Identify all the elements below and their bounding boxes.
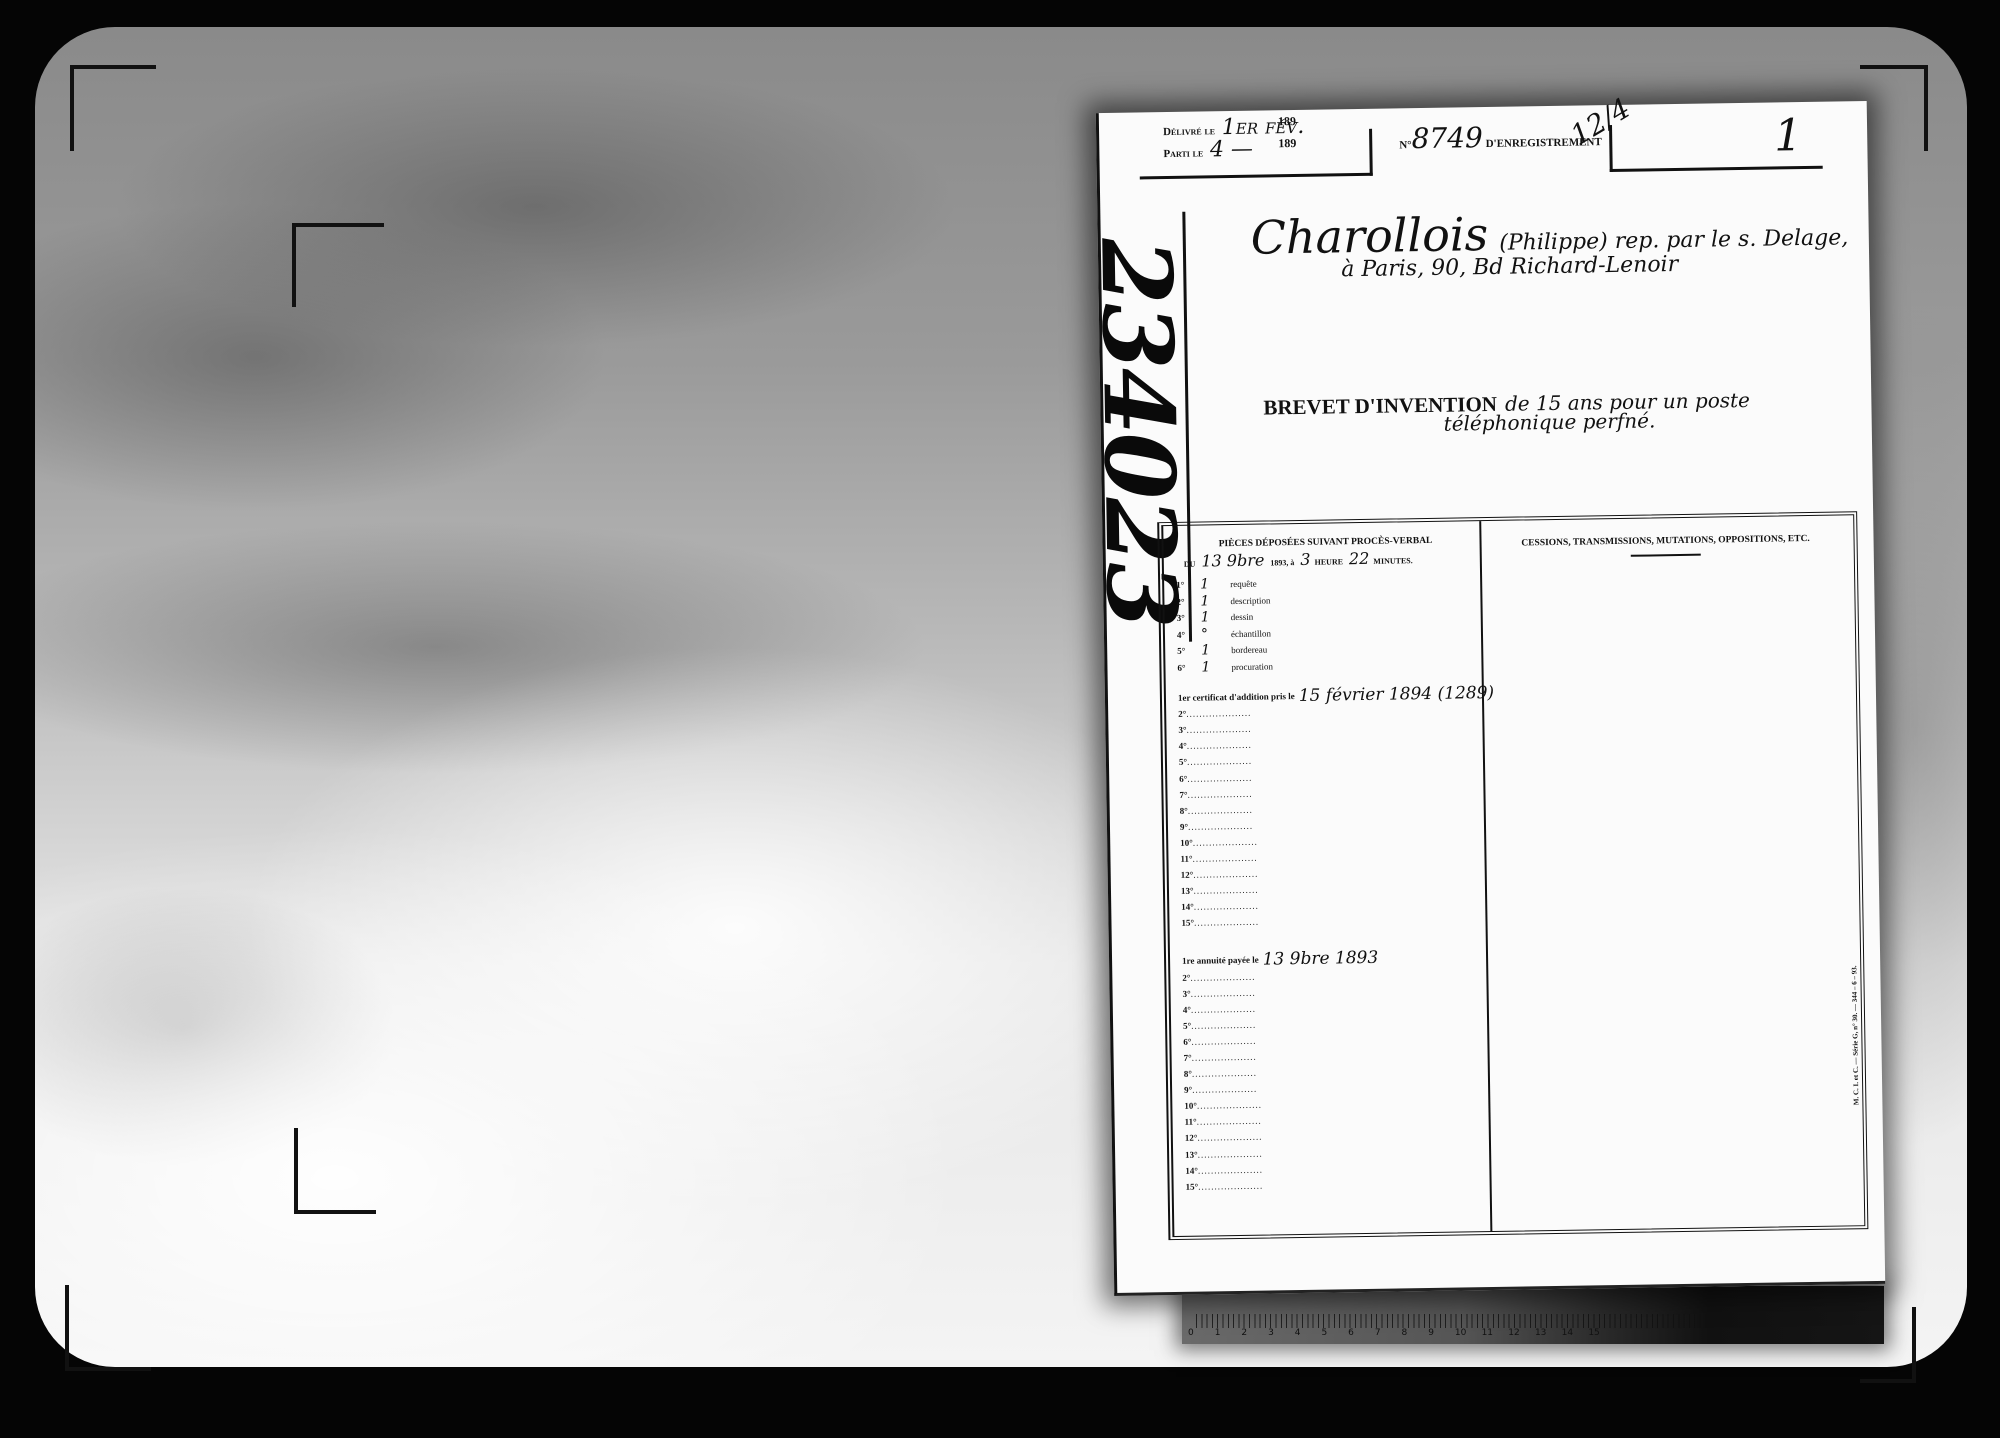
piece-label: procuration [1231, 661, 1273, 672]
annuity-rows: 2°....................3°................… [1182, 965, 1486, 1195]
certificate-row-number: 13° [1181, 886, 1194, 896]
cessions-column: CESSIONS, TRANSMISSIONS, MUTATIONS, OPPO… [1485, 533, 1845, 559]
certificate-row-number: 5° [1179, 757, 1187, 767]
annuity-row-number: 7° [1184, 1053, 1192, 1063]
ruler-ticks [1196, 1314, 1716, 1328]
piece-count: 1 [1201, 659, 1231, 675]
certificate-rows: 2°....................3°................… [1178, 701, 1482, 931]
certificates-section: 1er certificat d'addition pris le 15 fév… [1178, 685, 1482, 931]
corner-bracket-bottom-left [65, 1285, 151, 1371]
minutes-label: MINUTES. [1373, 556, 1412, 566]
ruler-label: 1 [1215, 1328, 1242, 1342]
patent-record-sheet: Délivré le 1er fév. 189 Parti le 4 — 189… [1096, 101, 1885, 1296]
patent-title: BREVET D'INVENTION de 15 ans pour un pos… [1263, 388, 1750, 439]
annuity-row-leader: .................... [1197, 1116, 1262, 1127]
annuity-row-leader: .................... [1190, 971, 1255, 982]
piece-count: ° [1201, 626, 1231, 642]
hour-label: HEURE [1315, 557, 1344, 566]
annuities-section: 1re annuité payée le 13 9bre 1893 2°....… [1182, 949, 1486, 1195]
annuity-row-number: 12° [1185, 1133, 1198, 1143]
certificate-row-leader: .................... [1187, 740, 1252, 751]
piece-label: dessin [1231, 612, 1254, 622]
owner-block: Charollois (Philippe) rep. par le s. Del… [1250, 201, 1849, 283]
annuity-row-leader: .................... [1191, 1020, 1256, 1031]
ruler-label: 2 [1241, 1328, 1268, 1342]
certificate-first-value: 15 février 1894 (1289) [1299, 683, 1495, 706]
ruler-label: 8 [1402, 1328, 1429, 1342]
deposit-column: PIÈCES DÉPOSÉES SUIVANT PROCÈS-VERBAL DU… [1175, 535, 1485, 1194]
a-label: , à [1286, 558, 1294, 567]
page-number: 1 [1774, 110, 1803, 161]
annuity-row-leader: .................... [1192, 1084, 1257, 1095]
annuity-row-number: 10° [1184, 1101, 1197, 1111]
deposit-minutes: 22 [1349, 549, 1370, 568]
certificate-row-number: 4° [1179, 741, 1187, 751]
printer-imprint: M. C. I. et C. — Série G, n° 30. — 344 –… [1846, 955, 1865, 1115]
registration-prefix: N° [1399, 139, 1412, 151]
annuity-row-number: 6° [1183, 1037, 1191, 1047]
piece-label: description [1230, 595, 1270, 606]
ruler-label: 3 [1268, 1328, 1295, 1342]
piece-label: échantillon [1231, 628, 1271, 639]
ruler-label: 4 [1295, 1328, 1322, 1342]
inner-bracket-top-left [292, 223, 384, 307]
piece-count: 1 [1200, 576, 1230, 592]
piece-number: 4° [1177, 629, 1201, 639]
certificate-row-leader: .................... [1194, 901, 1259, 912]
annuity-row-leader: .................... [1191, 1003, 1256, 1014]
inner-bracket-bottom-left [294, 1128, 376, 1214]
annuity-row-leader: .................... [1191, 987, 1256, 998]
annuity-row-number: 14° [1185, 1165, 1198, 1175]
annuity-row-number: 3° [1183, 988, 1191, 998]
corner-bracket-top-left [70, 65, 156, 151]
page-number-box: 1 [1609, 122, 1823, 172]
ruler-labels: 0123456789101112131415 [1188, 1328, 1748, 1342]
certificate-row-leader: .................... [1193, 853, 1258, 864]
piece-number: 1° [1176, 580, 1200, 590]
certificate-row-number: 9° [1180, 822, 1188, 832]
piece-count: 1 [1201, 609, 1231, 625]
pieces-list: 1°1requête2°1description3°1dessin4°°écha… [1176, 572, 1478, 676]
delivered-label: Délivré le [1163, 125, 1215, 138]
certificate-row-number: 12° [1181, 870, 1194, 880]
cessions-heading: CESSIONS, TRANSMISSIONS, MUTATIONS, OPPO… [1485, 533, 1845, 549]
certificate-first: 1er certificat d'addition pris le 15 fév… [1178, 685, 1478, 706]
annuity-row-number: 4° [1183, 1004, 1191, 1014]
ruler-label: 0 [1188, 1328, 1215, 1342]
ruler-label: 12 [1508, 1328, 1535, 1342]
du-label: DU [1184, 560, 1196, 569]
deposit-hour: 3 [1300, 550, 1310, 569]
annuity-row: 15°.................... [1186, 1174, 1486, 1195]
certificate-row-leader: .................... [1188, 821, 1253, 832]
piece-count: 1 [1200, 593, 1230, 609]
ruler-label: 13 [1535, 1328, 1562, 1342]
annuity-row-number: 9° [1184, 1085, 1192, 1095]
annuity-row-leader: .................... [1192, 1052, 1257, 1063]
certificate-row-number: 8° [1180, 805, 1188, 815]
certificate-row-number: 10° [1180, 838, 1193, 848]
annuity-row-number: 8° [1184, 1069, 1192, 1079]
ruler-label: 6 [1348, 1328, 1375, 1342]
deposit-year: 1893 [1270, 558, 1286, 567]
certificate-row-leader: .................... [1194, 885, 1259, 896]
certificate-row-leader: .................... [1193, 837, 1258, 848]
departed-label: Parti le [1163, 147, 1203, 160]
registration-number-value: 8749 [1411, 121, 1483, 155]
annuity-row-number: 11° [1185, 1117, 1197, 1127]
annuity-row-leader: .................... [1198, 1164, 1263, 1175]
piece-number: 2° [1176, 596, 1200, 606]
certificate-row-number: 14° [1181, 902, 1194, 912]
certificate-row-number: 3° [1178, 725, 1186, 735]
piece-number: 3° [1177, 613, 1201, 623]
certificate-row-leader: .................... [1187, 756, 1252, 767]
departed-line: Parti le 4 — 189 [1163, 137, 1253, 163]
ruler-label: 11 [1482, 1328, 1509, 1342]
cessions-rule [1631, 554, 1701, 557]
certificate-row-number: 15° [1181, 918, 1194, 928]
piece-count: 1 [1201, 642, 1231, 658]
certificate-row: 15°.................... [1181, 910, 1481, 931]
ruler-label: 9 [1428, 1328, 1455, 1342]
annuity-row-leader: .................... [1191, 1036, 1256, 1047]
piece-number: 6° [1177, 662, 1201, 672]
departed-year: 189 [1278, 136, 1318, 152]
deposit-date-line: DU 13 9bre 1893, à 3HEURE 22MINUTES. [1184, 547, 1476, 571]
annuity-row-leader: .................... [1198, 1180, 1263, 1191]
certificate-row-leader: .................... [1187, 788, 1252, 799]
ruler-label: 10 [1455, 1328, 1482, 1342]
scale-ruler: 0123456789101112131415 [1182, 1286, 1884, 1344]
printer-imprint-text: M. C. I. et C. — Série G, n° 30. — 344 –… [1850, 965, 1860, 1105]
certificate-row-leader: .................... [1194, 917, 1259, 928]
certificate-first-label: 1er certificat d'addition pris le [1178, 691, 1295, 703]
certificate-row-leader: .................... [1186, 708, 1251, 719]
ruler-label: 15 [1588, 1328, 1615, 1342]
record-table: PIÈCES DÉPOSÉES SUIVANT PROCÈS-VERBAL DU… [1157, 511, 1868, 1240]
certificate-row-number: 6° [1179, 773, 1187, 783]
certificate-row-number: 11° [1180, 854, 1192, 864]
annuity-first-value: 13 9bre 1893 [1263, 948, 1379, 970]
certificate-row-leader: .................... [1187, 772, 1252, 783]
annuity-row-leader: .................... [1197, 1132, 1262, 1143]
annuity-first-label: 1re annuité payée le [1182, 955, 1259, 966]
ruler-label: 7 [1375, 1328, 1402, 1342]
annuity-row-leader: .................... [1192, 1068, 1257, 1079]
annuity-row-number: 5° [1183, 1021, 1191, 1031]
deposit-date: 13 9bre [1201, 551, 1264, 571]
piece-number: 5° [1177, 646, 1201, 656]
piece-label: bordereau [1231, 645, 1267, 656]
certificate-row-leader: .................... [1186, 724, 1251, 735]
annuity-row-number: 13° [1185, 1149, 1198, 1159]
certificate-row-leader: .................... [1188, 804, 1253, 815]
certificate-row-leader: .................... [1193, 869, 1258, 880]
ruler-label: 14 [1562, 1328, 1589, 1342]
certificate-row-number: 2° [1178, 709, 1186, 719]
departed-value: 4 — [1210, 137, 1253, 163]
certificate-row-number: 7° [1179, 789, 1187, 799]
ruler-label: 5 [1321, 1328, 1348, 1342]
annuity-row-leader: .................... [1198, 1148, 1263, 1159]
annuity-row-number: 15° [1186, 1181, 1199, 1191]
delivered-year: 189 [1278, 114, 1318, 130]
piece-label: requête [1230, 579, 1257, 589]
corner-bracket-top-right [1860, 65, 1928, 151]
annuity-row-leader: .................... [1197, 1100, 1262, 1111]
annuity-row-number: 2° [1182, 972, 1190, 982]
